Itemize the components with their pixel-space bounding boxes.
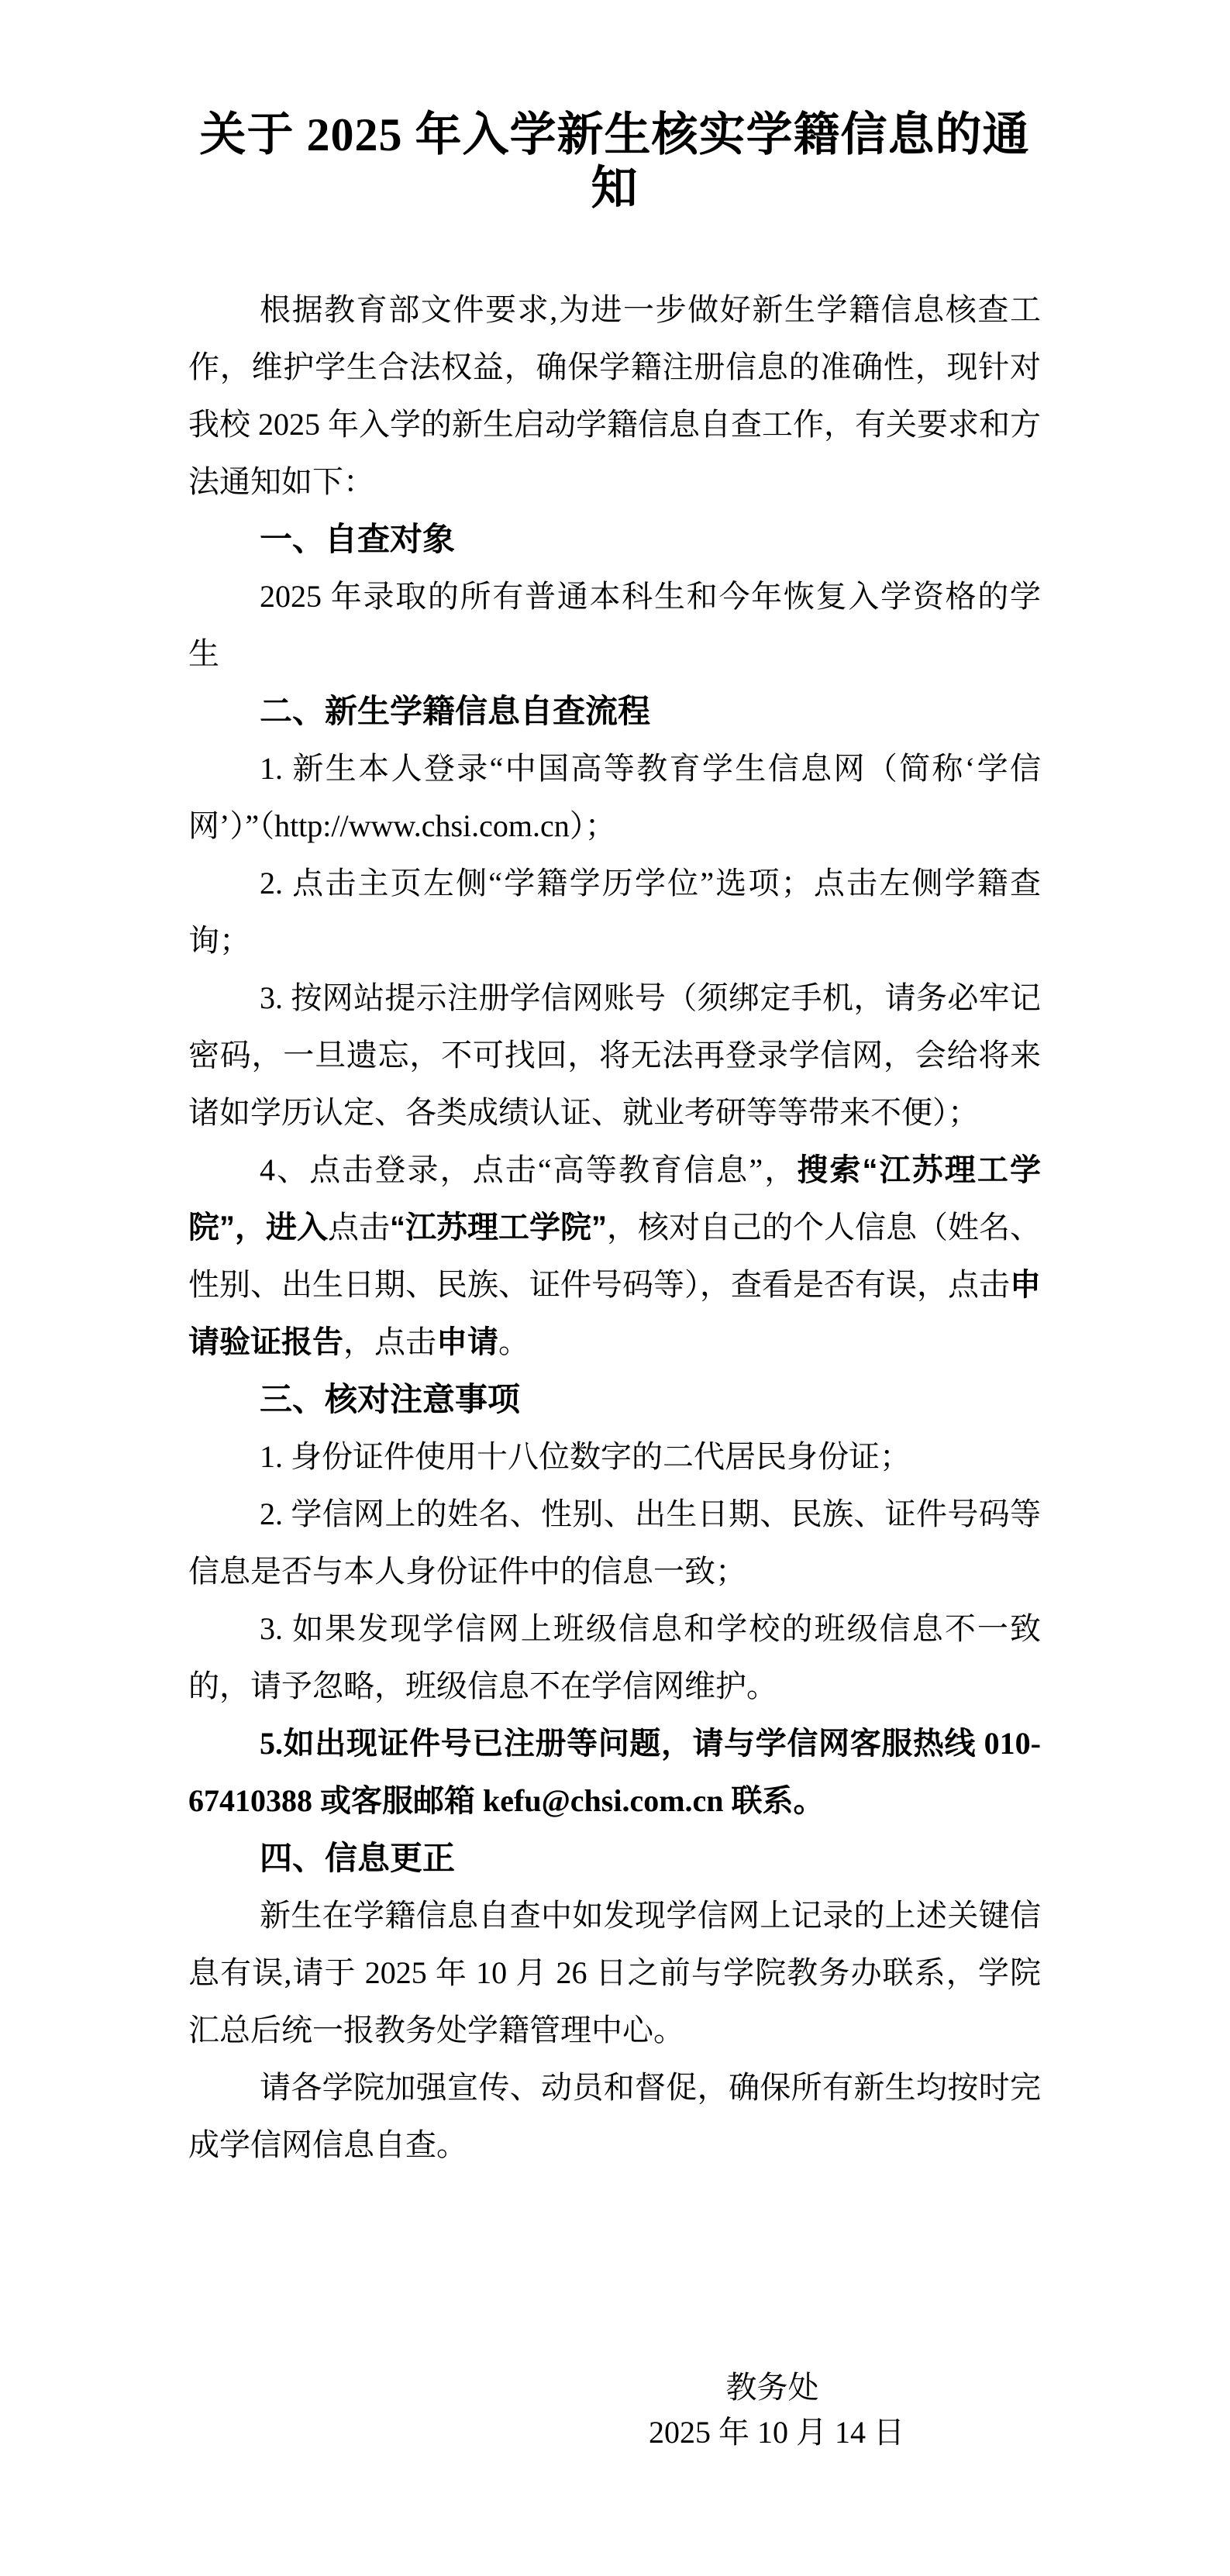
signature-block: 教务处 2025 年 10 月 14 日	[649, 2365, 896, 2455]
document-content: 关于 2025 年入学新生核实学籍信息的通知 根据教育部文件要求,为进一步做好新…	[0, 0, 1230, 2455]
section-heading: 一、自查对象	[188, 511, 1041, 568]
text-run: 1. 新生本人登录“中国高等教育学生信息网（简称‘学信网’）”（http://w…	[188, 751, 1041, 843]
paragraph: 1. 身份证件使用十八位数字的二代居民身份证；	[188, 1428, 1041, 1486]
paragraph: 2. 学信网上的姓名、性别、出生日期、民族、证件号码等信息是否与本人身份证件中的…	[188, 1486, 1041, 1600]
signature-date: 2025 年 10 月 14 日	[649, 2410, 896, 2455]
text-run: 2. 点击主页左侧“学籍学历学位”选项；点击左侧学籍查询；	[188, 866, 1041, 958]
section-heading: 三、核对注意事项	[188, 1371, 1041, 1428]
text-run: 。	[498, 1324, 529, 1359]
paragraph: 2025 年录取的所有普通本科生和今年恢复入学资格的学生	[188, 568, 1041, 683]
document-body: 根据教育部文件要求,为进一步做好新生学籍信息核查工作，维护学生合法权益，确保学籍…	[188, 281, 1041, 2174]
text-run: 2. 学信网上的姓名、性别、出生日期、民族、证件号码等信息是否与本人身份证件中的…	[188, 1496, 1041, 1589]
paragraph: 3. 按网站提示注册学信网账号（须绑定手机，请务必牢记密码，一旦遗忘，不可找回，…	[188, 969, 1041, 1142]
paragraph: 1. 新生本人登录“中国高等教育学生信息网（简称‘学信网’）”（http://w…	[188, 740, 1041, 855]
paragraph: 2. 点击主页左侧“学籍学历学位”选项；点击左侧学籍查询；	[188, 855, 1041, 969]
text-run: 新生在学籍信息自查中如发现学信网上记录的上述关键信息有误,请于 2025 年 1…	[188, 1898, 1041, 2047]
text-run: 1. 身份证件使用十八位数字的二代居民身份证；	[260, 1439, 911, 1474]
text-run: 请各学院加强宣传、动员和督促，确保所有新生均按时完成学信网信息自查。	[188, 2070, 1041, 2162]
section-heading: 二、新生学籍信息自查流程	[188, 683, 1041, 740]
text-run: 3. 如果发现学信网上班级信息和学校的班级信息不一致的，请予忽略，班级信息不在学…	[188, 1611, 1041, 1703]
document-title: 关于 2025 年入学新生核实学籍信息的通知	[188, 108, 1041, 215]
text-run: ，点击	[343, 1324, 436, 1359]
signature-org: 教务处	[649, 2365, 896, 2410]
text-run: 4、点击登录，点击“高等教育信息”，	[260, 1152, 797, 1187]
emphasized-text-run: 四、信息更正	[260, 1840, 455, 1876]
paragraph: 根据教育部文件要求,为进一步做好新生学籍信息核查工作，维护学生合法权益，确保学籍…	[188, 281, 1041, 511]
text-run: 3. 按网站提示注册学信网账号（须绑定手机，请务必牢记密码，一旦遗忘，不可找回，…	[188, 980, 1041, 1130]
text-run: 根据教育部文件要求,为进一步做好新生学籍信息核查工作，维护学生合法权益，确保学籍…	[188, 292, 1041, 499]
emphasized-text-run: 一、自查对象	[260, 521, 455, 557]
text-run: 点击	[328, 1210, 390, 1245]
paragraph: 4、点击登录，点击“高等教育信息”，搜索“江苏理工学院”，进入点击“江苏理工学院…	[188, 1142, 1041, 1371]
paragraph: 5.如出现证件号已注册等问题，请与学信网客服热线 010-67410388 或客…	[188, 1715, 1041, 1830]
emphasized-text-run: 三、核对注意事项	[260, 1381, 520, 1417]
paragraph: 3. 如果发现学信网上班级信息和学校的班级信息不一致的，请予忽略，班级信息不在学…	[188, 1600, 1041, 1715]
emphasized-text-run: 申请	[436, 1325, 498, 1359]
text-run: 2025 年录取的所有普通本科生和今年恢复入学资格的学生	[188, 579, 1041, 671]
paragraph: 新生在学籍信息自查中如发现学信网上记录的上述关键信息有误,请于 2025 年 1…	[188, 1887, 1041, 2059]
emphasized-text-run: “江苏理工学院”	[390, 1211, 607, 1245]
section-heading: 四、信息更正	[188, 1830, 1041, 1887]
document-page: 关于 2025 年入学新生核实学籍信息的通知 根据教育部文件要求,为进一步做好新…	[0, 0, 1230, 2576]
emphasized-text-run: 5.如出现证件号已注册等问题，请与学信网客服热线 010-67410388 或客…	[188, 1726, 1041, 1818]
paragraph: 请各学院加强宣传、动员和督促，确保所有新生均按时完成学信网信息自查。	[188, 2059, 1041, 2174]
emphasized-text-run: 二、新生学籍信息自查流程	[260, 693, 650, 729]
